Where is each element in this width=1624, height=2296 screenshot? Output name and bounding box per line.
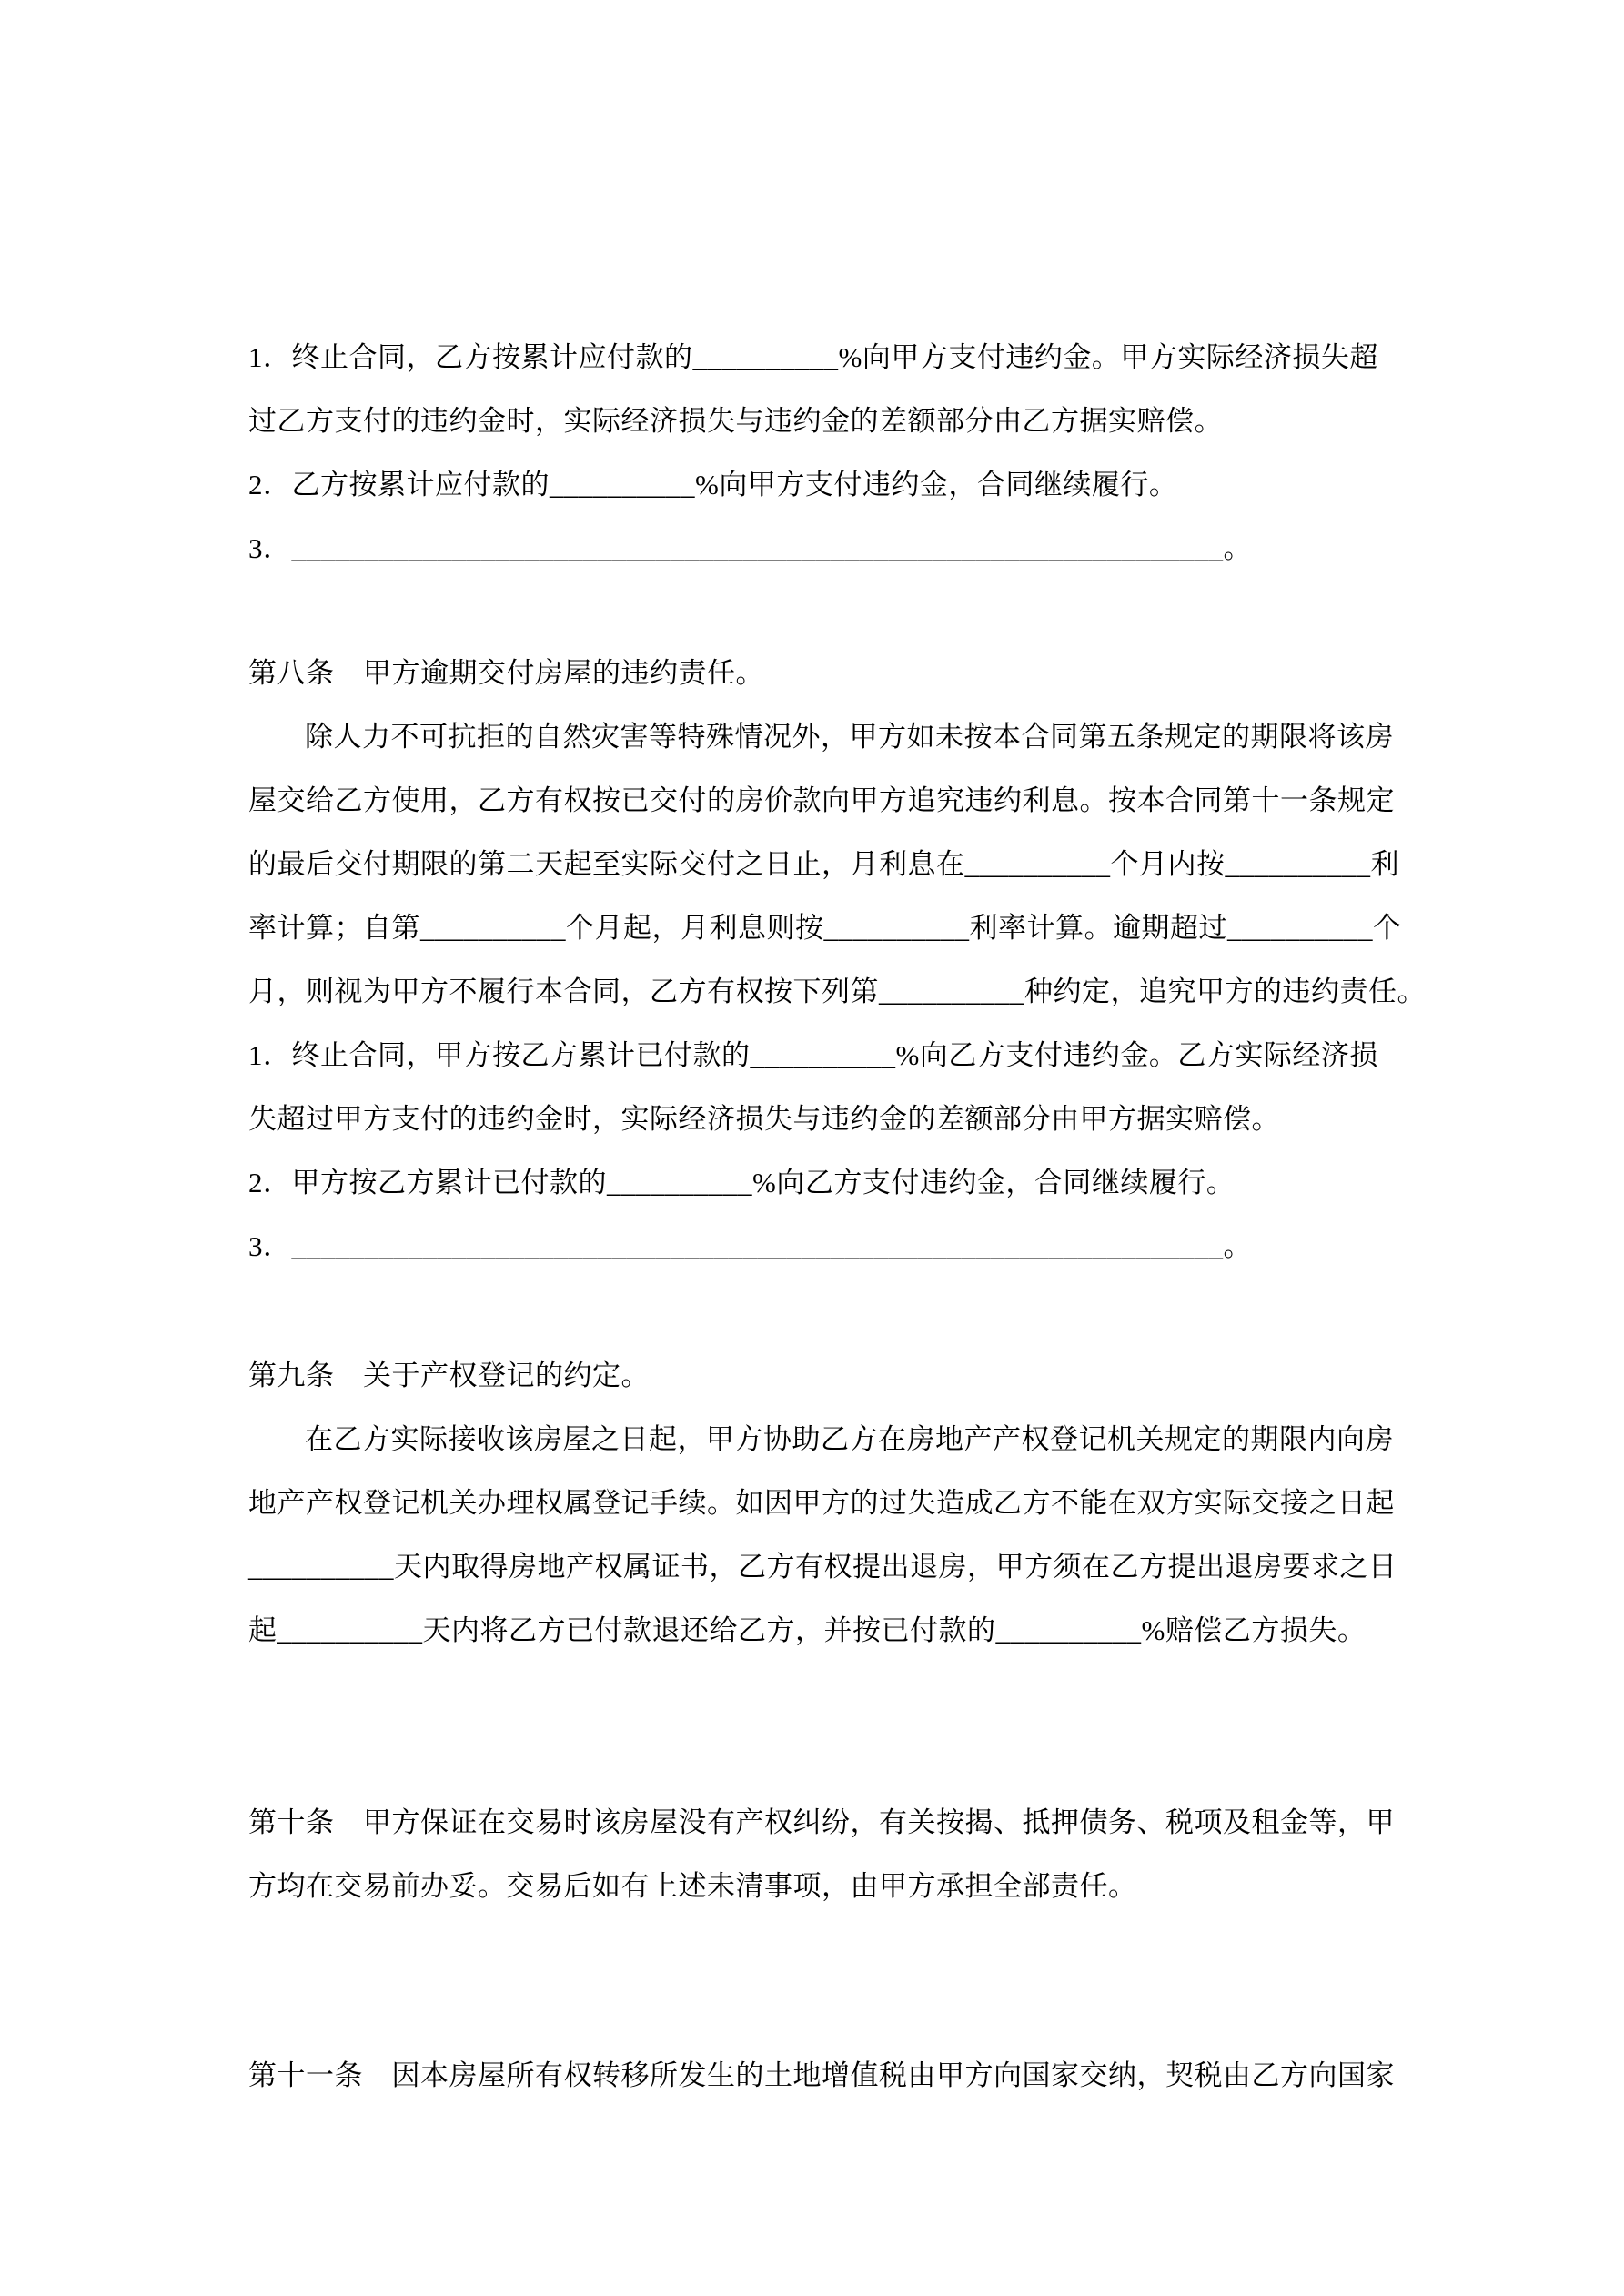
clause8-body-line1: 除人力不可抗拒的自然灾害等特殊情况外，甲方如未按本合同第五条规定的期限将该房	[248, 705, 1415, 769]
clause9-body-line3: __________天内取得房地产权属证书，乙方有权提出退房，甲方须在乙方提出退…	[248, 1535, 1415, 1599]
clause9-body-line2: 地产产权登记机关办理权属登记手续。如因甲方的过失造成乙方不能在双方实际交接之日起	[248, 1472, 1415, 1535]
clause8-item3-blank: 3．______________________________________…	[248, 1215, 1415, 1279]
clause7-item1-line1: 1．终止合同，乙方按累计应付款的__________%向甲方支付违约金。甲方实际…	[248, 326, 1415, 389]
clause8-body-line5: 月，则视为甲方不履行本合同，乙方有权按下列第__________种约定，追究甲方…	[248, 960, 1415, 1024]
contract-page: { "page": { "background": "#ffffff", "te…	[0, 0, 1624, 2296]
clause9-heading: 第九条 关于产权登记的约定。	[248, 1344, 1415, 1408]
clause8-item1-line2: 失超过甲方支付的违约金时，实际经济损失与违约金的差额部分由甲方据实赔偿。	[248, 1087, 1415, 1151]
clause7-item3-blank: 3．______________________________________…	[248, 517, 1415, 581]
clause10-line1: 第十条 甲方保证在交易时该房屋没有产权纠纷，有关按揭、抵押债务、税项及租金等，甲	[248, 1791, 1415, 1855]
clause7-item1-line2: 过乙方支付的违约金时，实际经济损失与违约金的差额部分由乙方据实赔偿。	[248, 389, 1415, 453]
clause8-body-line3: 的最后交付期限的第二天起至实际交付之日止，月利息在__________个月内按_…	[248, 833, 1415, 896]
clause8-heading: 第八条 甲方逾期交付房屋的违约责任。	[248, 642, 1415, 705]
clause9-body-line4: 起__________天内将乙方已付款退还给乙方，并按已付款的_________…	[248, 1599, 1415, 1663]
clause10-line2: 方均在交易前办妥。交易后如有上述未清事项，由甲方承担全部责任。	[248, 1855, 1415, 1918]
clause8-body-line2: 屋交给乙方使用，乙方有权按已交付的房价款向甲方追究违约利息。按本合同第十一条规定	[248, 769, 1415, 833]
contract-text-column: 1．终止合同，乙方按累计应付款的__________%向甲方支付违约金。甲方实际…	[248, 326, 1415, 2108]
clause8-body-line4: 率计算；自第__________个月起，月利息则按__________利率计算。…	[248, 896, 1415, 960]
clause11-line1: 第十一条 因本房屋所有权转移所发生的土地增值税由甲方向国家交纳，契税由乙方向国家	[248, 2044, 1415, 2108]
clause8-item1-line1: 1．终止合同，甲方按乙方累计已付款的__________%向乙方支付违约金。乙方…	[248, 1024, 1415, 1087]
clause7-item2: 2．乙方按累计应付款的__________%向甲方支付违约金，合同继续履行。	[248, 453, 1415, 517]
clause8-item2: 2．甲方按乙方累计已付款的__________%向乙方支付违约金，合同继续履行。	[248, 1151, 1415, 1215]
clause9-body-line1: 在乙方实际接收该房屋之日起，甲方协助乙方在房地产产权登记机关规定的期限内向房	[248, 1408, 1415, 1472]
